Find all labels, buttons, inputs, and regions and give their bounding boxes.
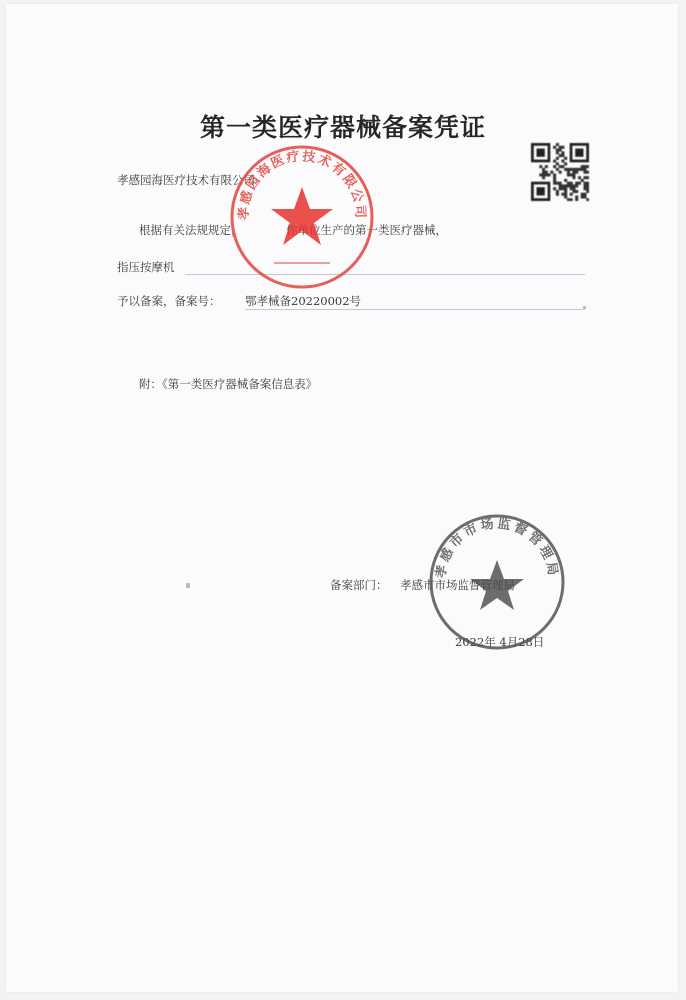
statement-part1: 根据有关法规规定， <box>139 222 243 238</box>
filing-number: 鄂孝械备20220002号 <box>245 293 361 309</box>
scan-mark <box>186 583 190 588</box>
period-mark <box>583 306 586 309</box>
registrant-seal: 孝感园海医疗技术有限公司 <box>228 143 376 291</box>
filing-dept-label: 备案部门： <box>330 577 388 593</box>
product-name: 指压按摩机 <box>117 259 175 275</box>
filing-prefix: 予以备案，备案号： <box>117 293 221 309</box>
filing-underline <box>245 309 585 310</box>
document-title: 第一类医疗器械备案凭证 <box>0 108 686 144</box>
attachment-note: 附：《第一类医疗器械备案信息表》 <box>139 376 317 392</box>
authority-seal: 孝感市市场监督管理局 <box>427 512 567 652</box>
qr-code <box>531 143 589 201</box>
